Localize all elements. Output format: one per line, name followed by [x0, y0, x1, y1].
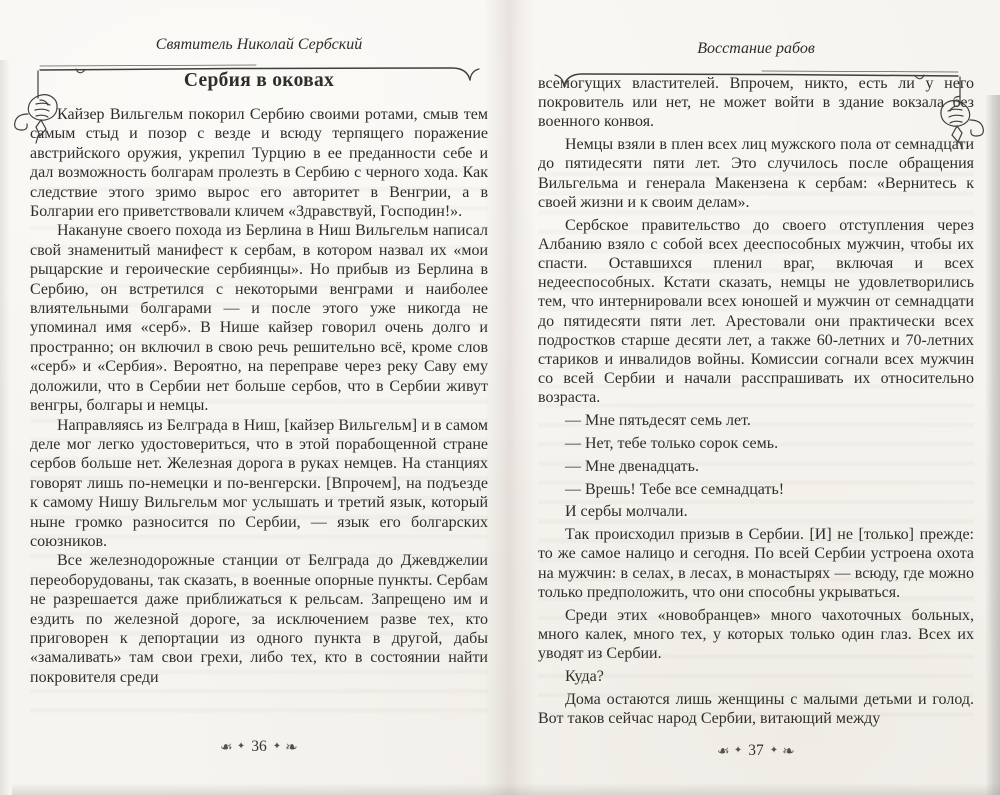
footer-flourish-icon: ❧ — [782, 744, 795, 759]
paragraph: Сербское правительство до своего отступл… — [538, 216, 974, 408]
book-scan: Святитель Николай Сербский Сербия в оков… — [0, 0, 1000, 795]
paragraph: Кайзер Вильгельм покорил Сербию своими р… — [30, 105, 488, 221]
gutter-shadow — [484, 0, 536, 795]
paragraph: Куда? — [538, 667, 974, 686]
paragraph: Среди этих «новобранцев» много чахоточны… — [538, 606, 974, 664]
footer-flourish-icon: ❧ — [285, 740, 298, 755]
footer-flourish-icon: ❧ — [717, 744, 730, 759]
paragraph: Направляясь из Белграда в Ниш, [кайзер В… — [30, 416, 488, 552]
footer-flourish-icon: ❧ — [220, 740, 233, 755]
right-page: Восстание рабов в — [538, 40, 974, 762]
paragraph: всемогущих властителей. Впрочем, никто, … — [538, 74, 974, 132]
footer-sprig-icon: ✦ — [734, 746, 742, 756]
page-number-right: 37 — [746, 742, 766, 760]
right-page-footer: ❧ ✦ 37 ✦ ❧ — [538, 742, 974, 760]
paragraph: — Врешь! Тебе все семнадцать! — [538, 480, 974, 499]
paragraph: Накануне своего похода из Берлина в Ниш … — [30, 221, 488, 415]
running-header-left: Святитель Николай Сербский — [30, 36, 488, 54]
chapter-title: Сербия в оковах — [30, 69, 488, 92]
paragraph: Так происходил призыв в Сербии. [И] не [… — [538, 525, 974, 602]
running-header-right: Восстание рабов — [538, 40, 974, 58]
left-page-footer: ❧ ✦ 36 ✦ ❧ — [30, 738, 488, 756]
paragraph: — Мне пятьдесят семь лет. — [538, 411, 974, 430]
footer-sprig-icon: ✦ — [273, 742, 281, 752]
left-page-body: Кайзер Вильгельм покорил Сербию своими р… — [30, 105, 488, 687]
right-page-body: всемогущих властителей. Впрочем, никто, … — [538, 74, 974, 728]
book-page-edge-left — [0, 60, 10, 795]
paragraph: Дома остаются лишь женщины с малыми деть… — [538, 690, 974, 728]
paragraph: — Мне двенадцать. — [538, 457, 974, 476]
paragraph: Немцы взяли в плен всех лиц мужского пол… — [538, 135, 974, 212]
book-page-edge-right — [985, 95, 1000, 795]
book-page-edge-bottom — [12, 783, 1000, 795]
paragraph: — Нет, тебе только сорок семь. — [538, 434, 974, 453]
paragraph: И сербы молчали. — [538, 502, 974, 521]
paragraph: Все железнодорожные станции от Белграда … — [30, 551, 488, 687]
footer-sprig-icon: ✦ — [770, 746, 778, 756]
footer-sprig-icon: ✦ — [237, 742, 245, 752]
page-number-left: 36 — [249, 738, 269, 756]
left-page: Святитель Николай Сербский Сербия в оков… — [30, 36, 488, 758]
